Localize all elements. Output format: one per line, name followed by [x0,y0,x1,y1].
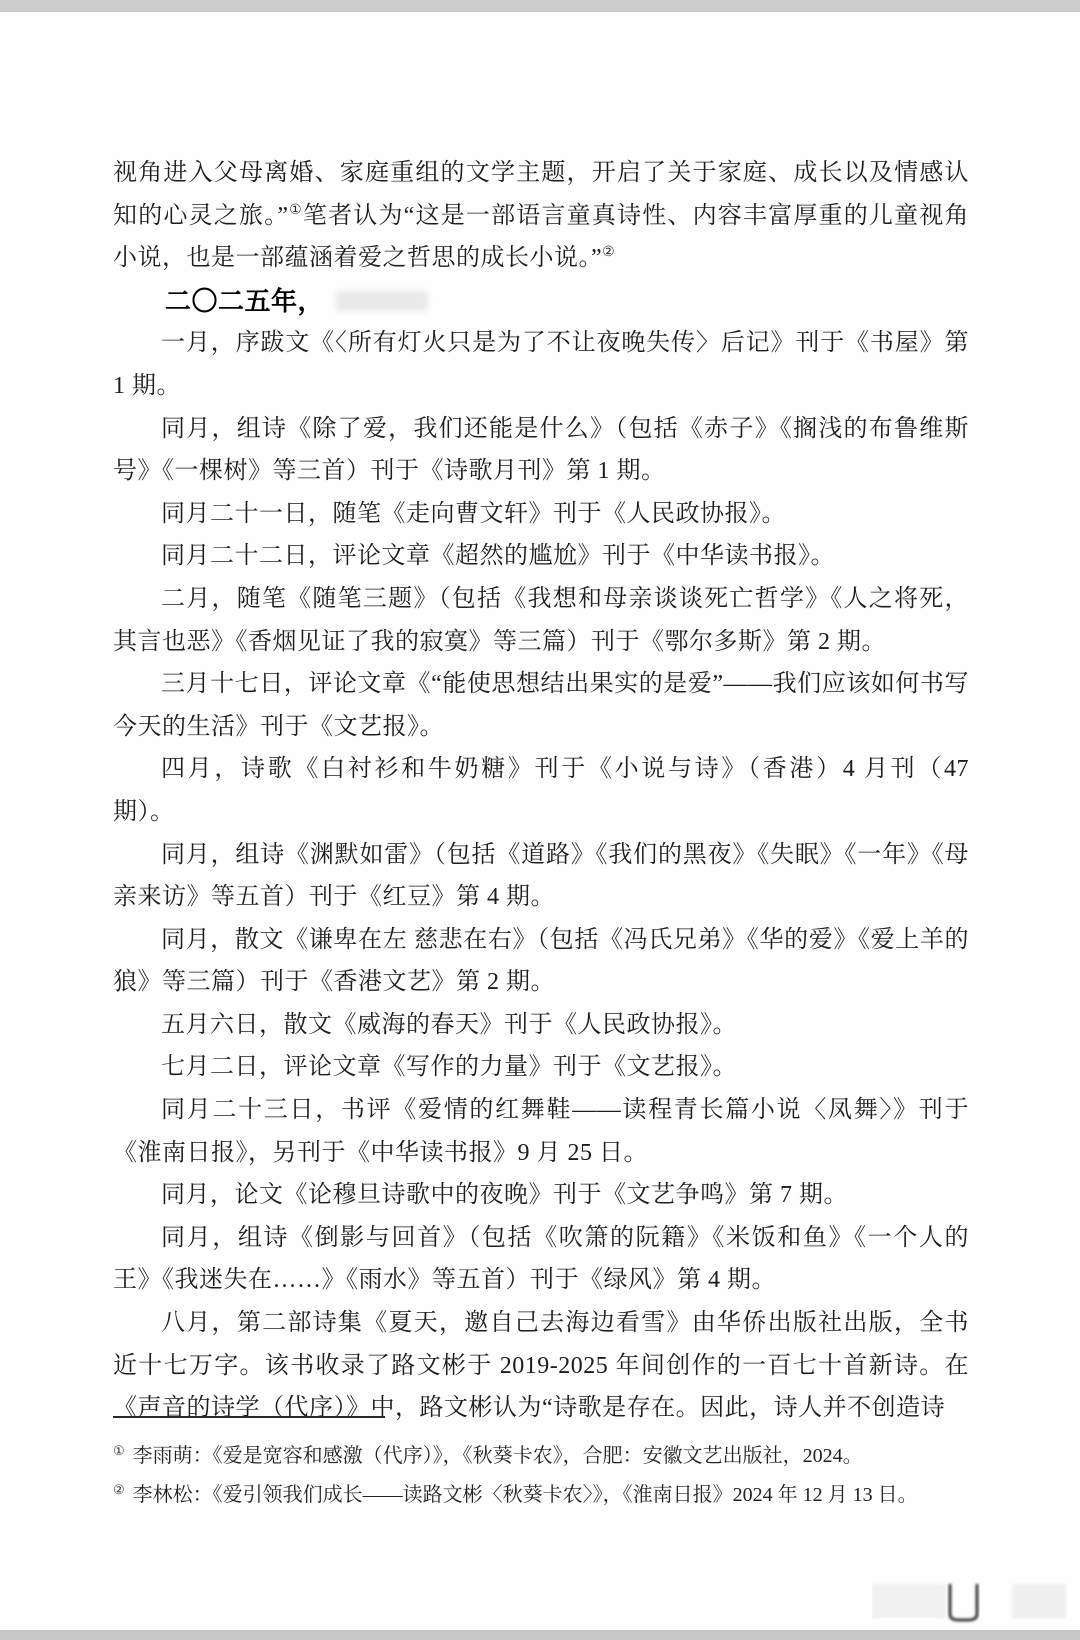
entry-paragraph: 四月，诗歌《白衬衫和牛奶糖》刊于《小说与诗》（香港）4 月刊（47 期）。 [113,748,969,833]
entry-paragraph: 一月，序跋文《〈所有灯火只是为了不让夜晚失传〉后记》刊于《书屋》第 1 期。 [113,322,969,407]
entry-paragraph: 同月，组诗《渊默如雷》（包括《道路》《我们的黑夜》《失眠》《一年》《母亲来访》等… [113,834,969,919]
faded-ink-artifact [336,291,428,311]
footnote-marker-2: ② [113,1482,125,1497]
footnote-1-text: 李雨萌：《爱是宽容和感激（代序）》，《秋葵卡农》，合肥：安徽文艺出版社，2024… [133,1445,863,1467]
entry-paragraph: 同月，散文《谦卑在左 慈悲在右》（包括《冯氏兄弟》《华的爱》《爱上羊的狼》等三篇… [113,919,969,1004]
footnote-2: ②李林松：《爱引领我们成长——读路文彬〈秋葵卡农〉》，《淮南日报》2024 年 … [113,1475,969,1510]
top-edge-bar [0,0,1080,12]
entry-paragraph: 同月二十二日，评论文章《超然的尴尬》刊于《中华读书报》。 [113,535,969,578]
entry-paragraph: 三月十七日，评论文章《“能使思想结出果实的是爱”——我们应该如何书写今天的生活》… [113,663,969,748]
entry-paragraph: 同月二十一日，随笔《走向曹文轩》刊于《人民政协报》。 [113,493,969,536]
entry-paragraph: 同月，论文《论穆旦诗歌中的夜晚》刊于《文艺争鸣》第 7 期。 [113,1174,969,1217]
intro-paragraph: 视角进入父母离婚、家庭重组的文学主题，开启了关于家庭、成长以及情感认知的心灵之旅… [113,152,969,280]
entry-paragraph: 同月二十三日，书评《爱情的红舞鞋——读程青长篇小说〈凤舞〉》刊于《淮南日报》，另… [113,1089,969,1174]
entry-paragraph: 七月二日，评论文章《写作的力量》刊于《文艺报》。 [113,1046,969,1089]
footnote-2-text: 李林松：《爱引领我们成长——读路文彬〈秋葵卡农〉》，《淮南日报》2024 年 1… [133,1484,918,1506]
year-heading: 二〇二五年， [113,280,969,323]
year-heading-text: 二〇二五年， [165,286,324,316]
entry-paragraph: 八月，第二部诗集《夏天，邀自己去海边看雪》由华侨出版社出版，全书近十七万字。该书… [113,1302,969,1430]
entry-paragraph: 同月，组诗《除了爱，我们还能是什么》（包括《赤子》《搁浅的布鲁维斯号》《一棵树》… [113,408,969,493]
page-content: 视角进入父母离婚、家庭重组的文学主题，开启了关于家庭、成长以及情感认知的心灵之旅… [113,152,969,1430]
watermark-artifact [872,1576,1068,1626]
footnote-1: ①李雨萌：《爱是宽容和感激（代序）》，《秋葵卡农》，合肥：安徽文艺出版社，202… [113,1436,969,1471]
footnote-divider [113,1416,385,1418]
bottom-edge-bar [0,1630,1080,1640]
entry-paragraph: 二月，随笔《随笔三题》（包括《我想和母亲谈谈死亡哲学》《人之将死，其言也恶》《香… [113,578,969,663]
footnote-section: ①李雨萌：《爱是宽容和感激（代序）》，《秋葵卡农》，合肥：安徽文艺出版社，202… [113,1416,969,1514]
footnote-marker-1: ① [113,1443,125,1458]
entry-paragraph: 同月，组诗《倒影与回首》（包括《吹箫的阮籍》《米饭和鱼》《一个人的王》《我迷失在… [113,1217,969,1302]
entry-paragraph: 五月六日，散文《威海的春天》刊于《人民政协报》。 [113,1004,969,1047]
